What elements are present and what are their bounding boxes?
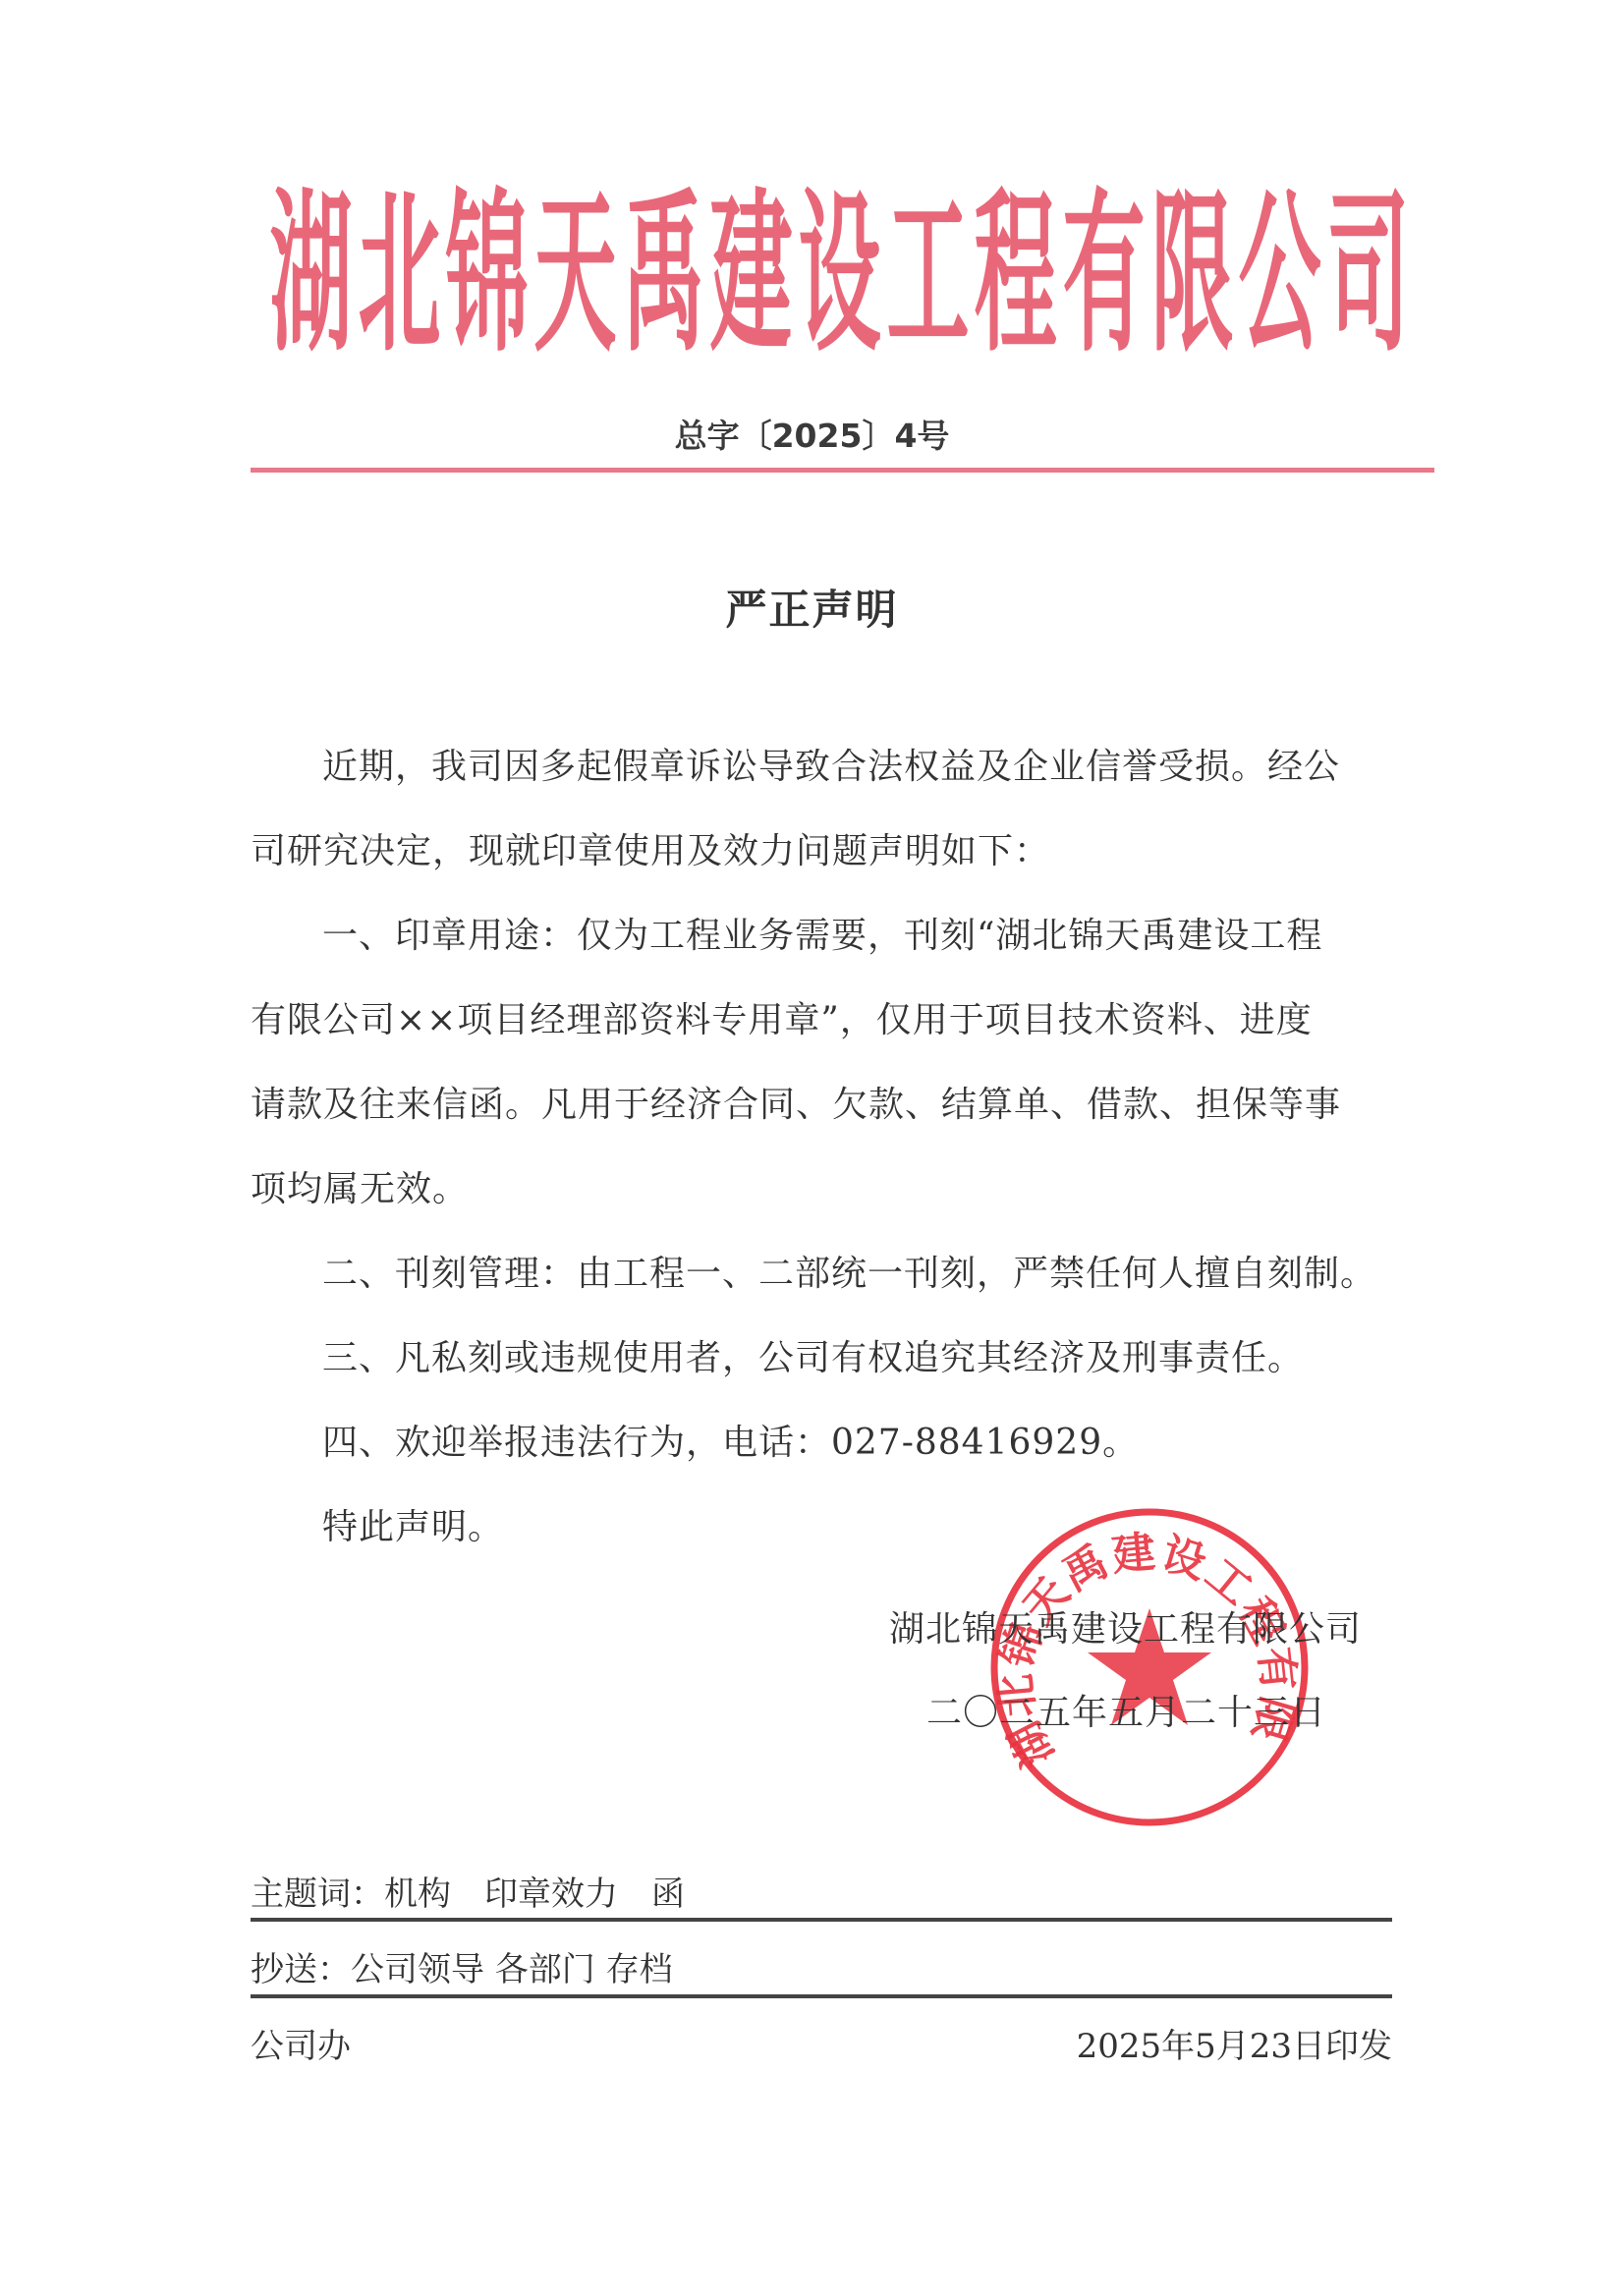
red-divider	[251, 468, 1434, 473]
masthead-char: 公	[1239, 189, 1288, 363]
masthead-char: 工	[886, 189, 935, 363]
masthead-char: 建	[710, 189, 759, 363]
clause-1-line: 请款及往来信函。凡用于经济合同、欠款、结算单、借款、担保等事	[251, 1077, 1390, 1127]
masthead-char: 天	[534, 189, 584, 363]
subject-words: 主题词：机构 印章效力 函	[251, 1867, 685, 1915]
document-number: 总字〔2025〕4号	[0, 411, 1624, 457]
cc-list: 抄送：公司领导 各部门 存档	[251, 1942, 673, 1990]
masthead-char: 程	[975, 189, 1024, 363]
footer-rule	[251, 1918, 1392, 1922]
clause-1-line: 有限公司××项目经理部资料专用章”，仅用于项目技术资料、进度	[251, 992, 1390, 1042]
clause-2-line: 二、刊刻管理：由工程一、二部统一刊刻，严禁任何人擅自刻制。	[322, 1246, 1462, 1296]
clause-1-line: 一、印章用途：仅为工程业务需要，刊刻“湖北锦天禹建设工程	[322, 908, 1462, 958]
masthead-char: 北	[358, 189, 407, 363]
signature-company: 湖北锦天禹建设工程有限公司	[889, 1601, 1362, 1651]
signature-date: 二〇二五年五月二十三日	[926, 1685, 1326, 1735]
masthead-char: 司	[1326, 189, 1375, 363]
page-title: 严正声明	[0, 578, 1624, 637]
clause-3-line: 三、凡私刻或违规使用者，公司有权追究其经济及刑事责任。	[322, 1330, 1462, 1380]
company-masthead: 湖 北 锦 天 禹 建 设 工 程 有 限 公 司	[251, 172, 1395, 378]
masthead-char: 有	[1062, 189, 1111, 363]
issuer: 公司办	[251, 2019, 351, 2067]
masthead-char: 锦	[446, 189, 495, 363]
company-seal-stamp: 湖北锦天禹建设工程有限公司	[987, 1505, 1312, 1829]
body-paragraph-line: 近期，我司因多起假章诉讼导致合法权益及企业信誉受损。经公	[322, 739, 1462, 789]
issue-date: 2025年5月23日印发	[1012, 2019, 1392, 2067]
masthead-char: 禹	[622, 189, 671, 363]
masthead-char: 设	[799, 189, 848, 363]
footer-rule	[251, 1994, 1392, 1998]
clause-4-line: 四、欢迎举报违法行为，电话：027-88416929。	[322, 1415, 1462, 1465]
masthead-char: 限	[1150, 189, 1200, 363]
clause-1-line: 项均属无效。	[251, 1161, 1390, 1211]
masthead-char: 湖	[270, 189, 319, 363]
body-paragraph-line: 司研究决定，现就印章使用及效力问题声明如下：	[251, 823, 1390, 873]
